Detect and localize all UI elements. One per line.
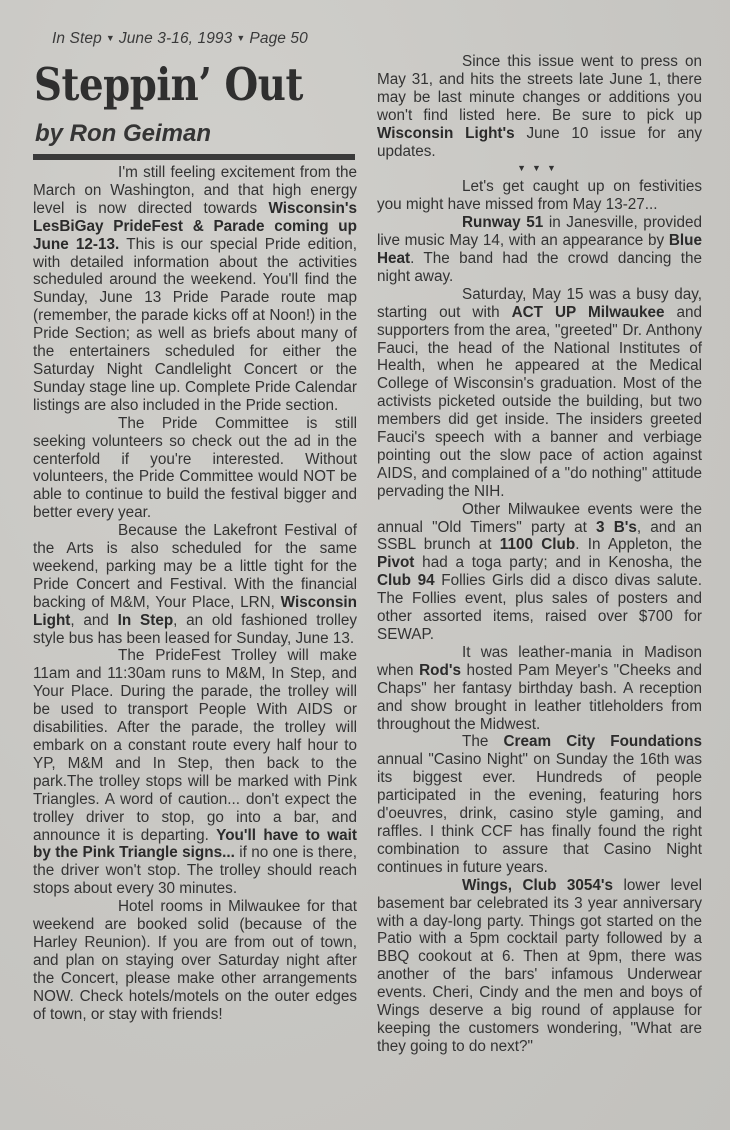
publication-name: In Step [52, 30, 102, 47]
column-title: Steppin’ Out [34, 58, 303, 111]
paragraph-trolley-schedule: The PrideFest Trolley will make 11am and… [33, 647, 357, 898]
paragraph-casino-night: The Cream City Foundations annual "Casin… [377, 733, 702, 876]
left-article-column: I'm still feeling excitement from the Ma… [33, 164, 357, 1024]
byline: by Ron Geiman [35, 120, 211, 148]
paragraph-wings-anniversary: Wings, Club 3054's lower level basement … [377, 877, 702, 1056]
title-rule-divider [33, 154, 355, 160]
paragraph-milwaukee-events: Other Milwaukee events were the annual "… [377, 501, 702, 644]
paragraph-rods-madison: It was leather-mania in Madison when Rod… [377, 644, 702, 734]
paragraph-hotels: Hotel rooms in Milwaukee for that weeken… [33, 898, 357, 1023]
paragraph-pride-intro: I'm still feeling excitement from the Ma… [33, 164, 357, 415]
paragraph-press-note: Since this issue went to press on May 31… [377, 53, 702, 160]
issue-dates: June 3-16, 1993 [119, 30, 233, 47]
triangle-bullet-icon: ▼ [106, 33, 115, 43]
paragraph-volunteers: The Pride Committee is still seeking vol… [33, 415, 357, 522]
section-separator-triangles-icon: ▼▼▼ [377, 160, 702, 178]
page-folio: In Step▼June 3-16, 1993▼Page 50 [52, 30, 308, 48]
right-article-column: Since this issue went to press on May 31… [377, 53, 702, 1056]
paragraph-trolley-sponsors: Because the Lakefront Festival of the Ar… [33, 522, 357, 647]
paragraph-catch-up: Let's get caught up on festivities you m… [377, 178, 702, 214]
page-number: Page 50 [249, 30, 307, 47]
paragraph-act-up: Saturday, May 15 was a busy day, startin… [377, 286, 702, 501]
triangle-bullet-icon: ▼ [236, 33, 245, 43]
paragraph-runway51: Runway 51 in Janesville, provided live m… [377, 214, 702, 286]
